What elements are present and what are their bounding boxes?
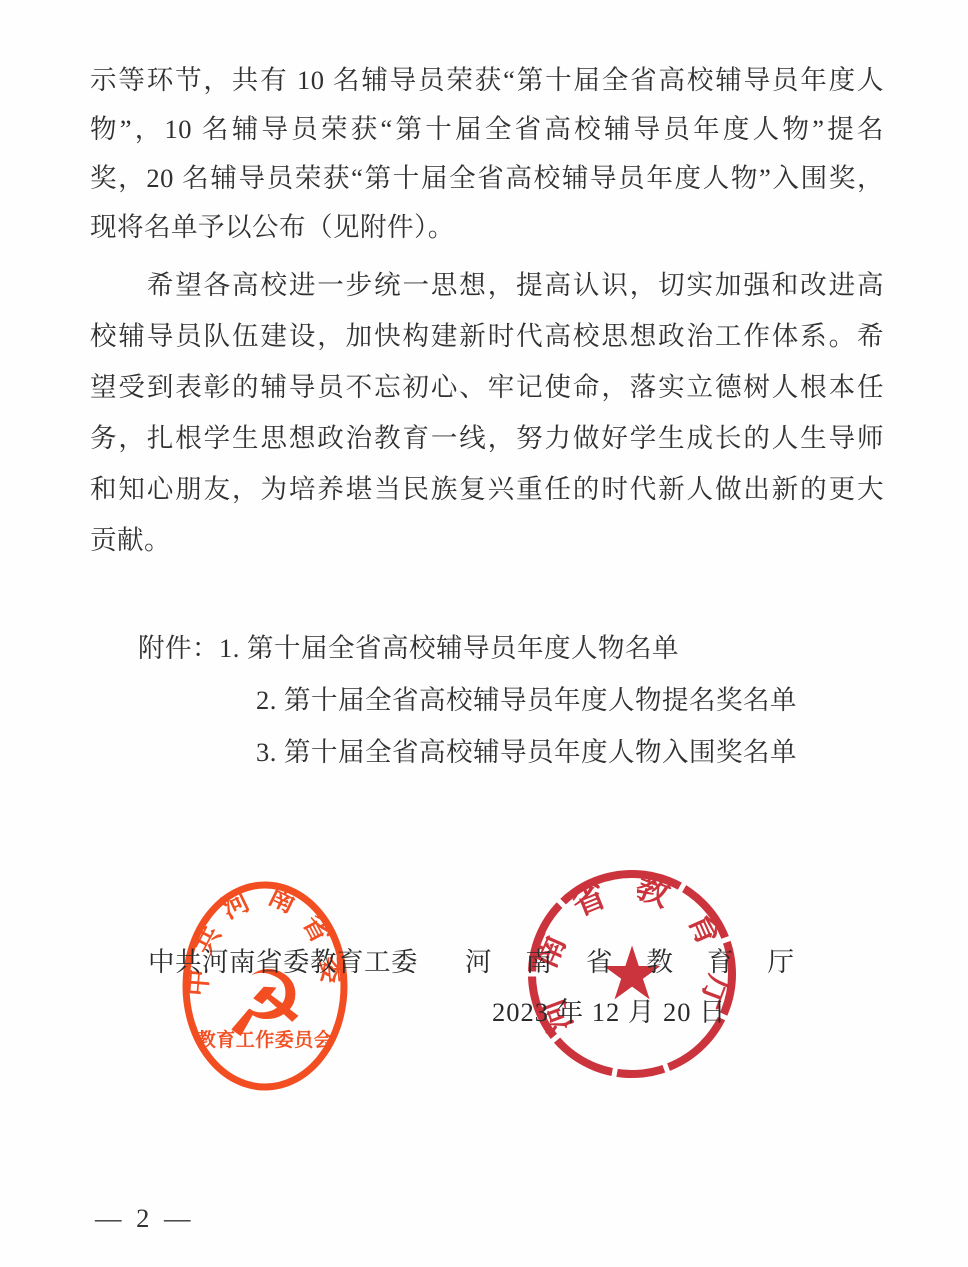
paragraph-1: 示等环节，共有 10 名辅导员荣获“第十届全省高校辅导员年度人 物”，10 名辅… (90, 56, 884, 252)
body-line: 校辅导员队伍建设，加快构建新时代高校思想政治工作体系。希 (90, 311, 884, 362)
attachment-row-3: 3. 第十届全省高校辅导员年度人物入围奖名单 (256, 726, 797, 778)
attachment-item-3: 3. 第十届全省高校辅导员年度人物入围奖名单 (256, 737, 797, 767)
body-line: 物”，10 名辅导员荣获“第十届全省高校辅导员年度人物”提名 (90, 105, 884, 154)
page-number: — 2 — (95, 1202, 195, 1234)
attachment-item-2: 2. 第十届全省高校辅导员年度人物提名奖名单 (256, 685, 797, 715)
body-line: 现将名单予以公布（见附件）。 (90, 203, 884, 252)
signature-org-party-committee: 中共河南省委教育工委 (148, 946, 418, 978)
body-line: 希望各高校进一步统一思想，提高认识，切实加强和改进高 (90, 260, 884, 311)
paragraph-2: 希望各高校进一步统一思想，提高认识，切实加强和改进高 校辅导员队伍建设，加快构建… (90, 260, 884, 566)
official-seal-party-committee: 中共河南省委 ☭ 教育工作委员会 (179, 878, 351, 1101)
body-line: 奖，20 名辅导员荣获“第十届全省高校辅导员年度人物”入围奖， (90, 154, 884, 203)
body-line: 和知心朋友，为培养堪当民族复兴重任的时代新人做出新的更大 (90, 464, 884, 515)
attachment-row-2: 2. 第十届全省高校辅导员年度人物提名奖名单 (256, 674, 797, 726)
attachment-row-1: 附件：1. 第十届全省高校辅导员年度人物名单 (138, 622, 679, 674)
seal-bottom-text: 教育工作委员会 (197, 1028, 334, 1051)
body-line: 贡献。 (90, 515, 884, 566)
attachment-item-1: 1. 第十届全省高校辅导员年度人物名单 (219, 633, 679, 663)
attachments-label: 附件： (138, 633, 219, 663)
document-page: 中共河南省委 ☭ 教育工作委员会 河南省教育厅 (0, 0, 968, 1267)
body-line: 望受到表彰的辅导员不忘初心、牢记使命，落实立德树人根本任 (90, 362, 884, 413)
signature-org-education-dept: 河南省教育厅 (465, 946, 828, 978)
body-line: 务，扎根学生思想政治教育一线，努力做好学生成长的人生导师 (90, 413, 884, 464)
signature-date: 2023 年 12 月 20 日 (492, 996, 727, 1028)
body-line: 示等环节，共有 10 名辅导员荣获“第十届全省高校辅导员年度人 (90, 56, 884, 105)
